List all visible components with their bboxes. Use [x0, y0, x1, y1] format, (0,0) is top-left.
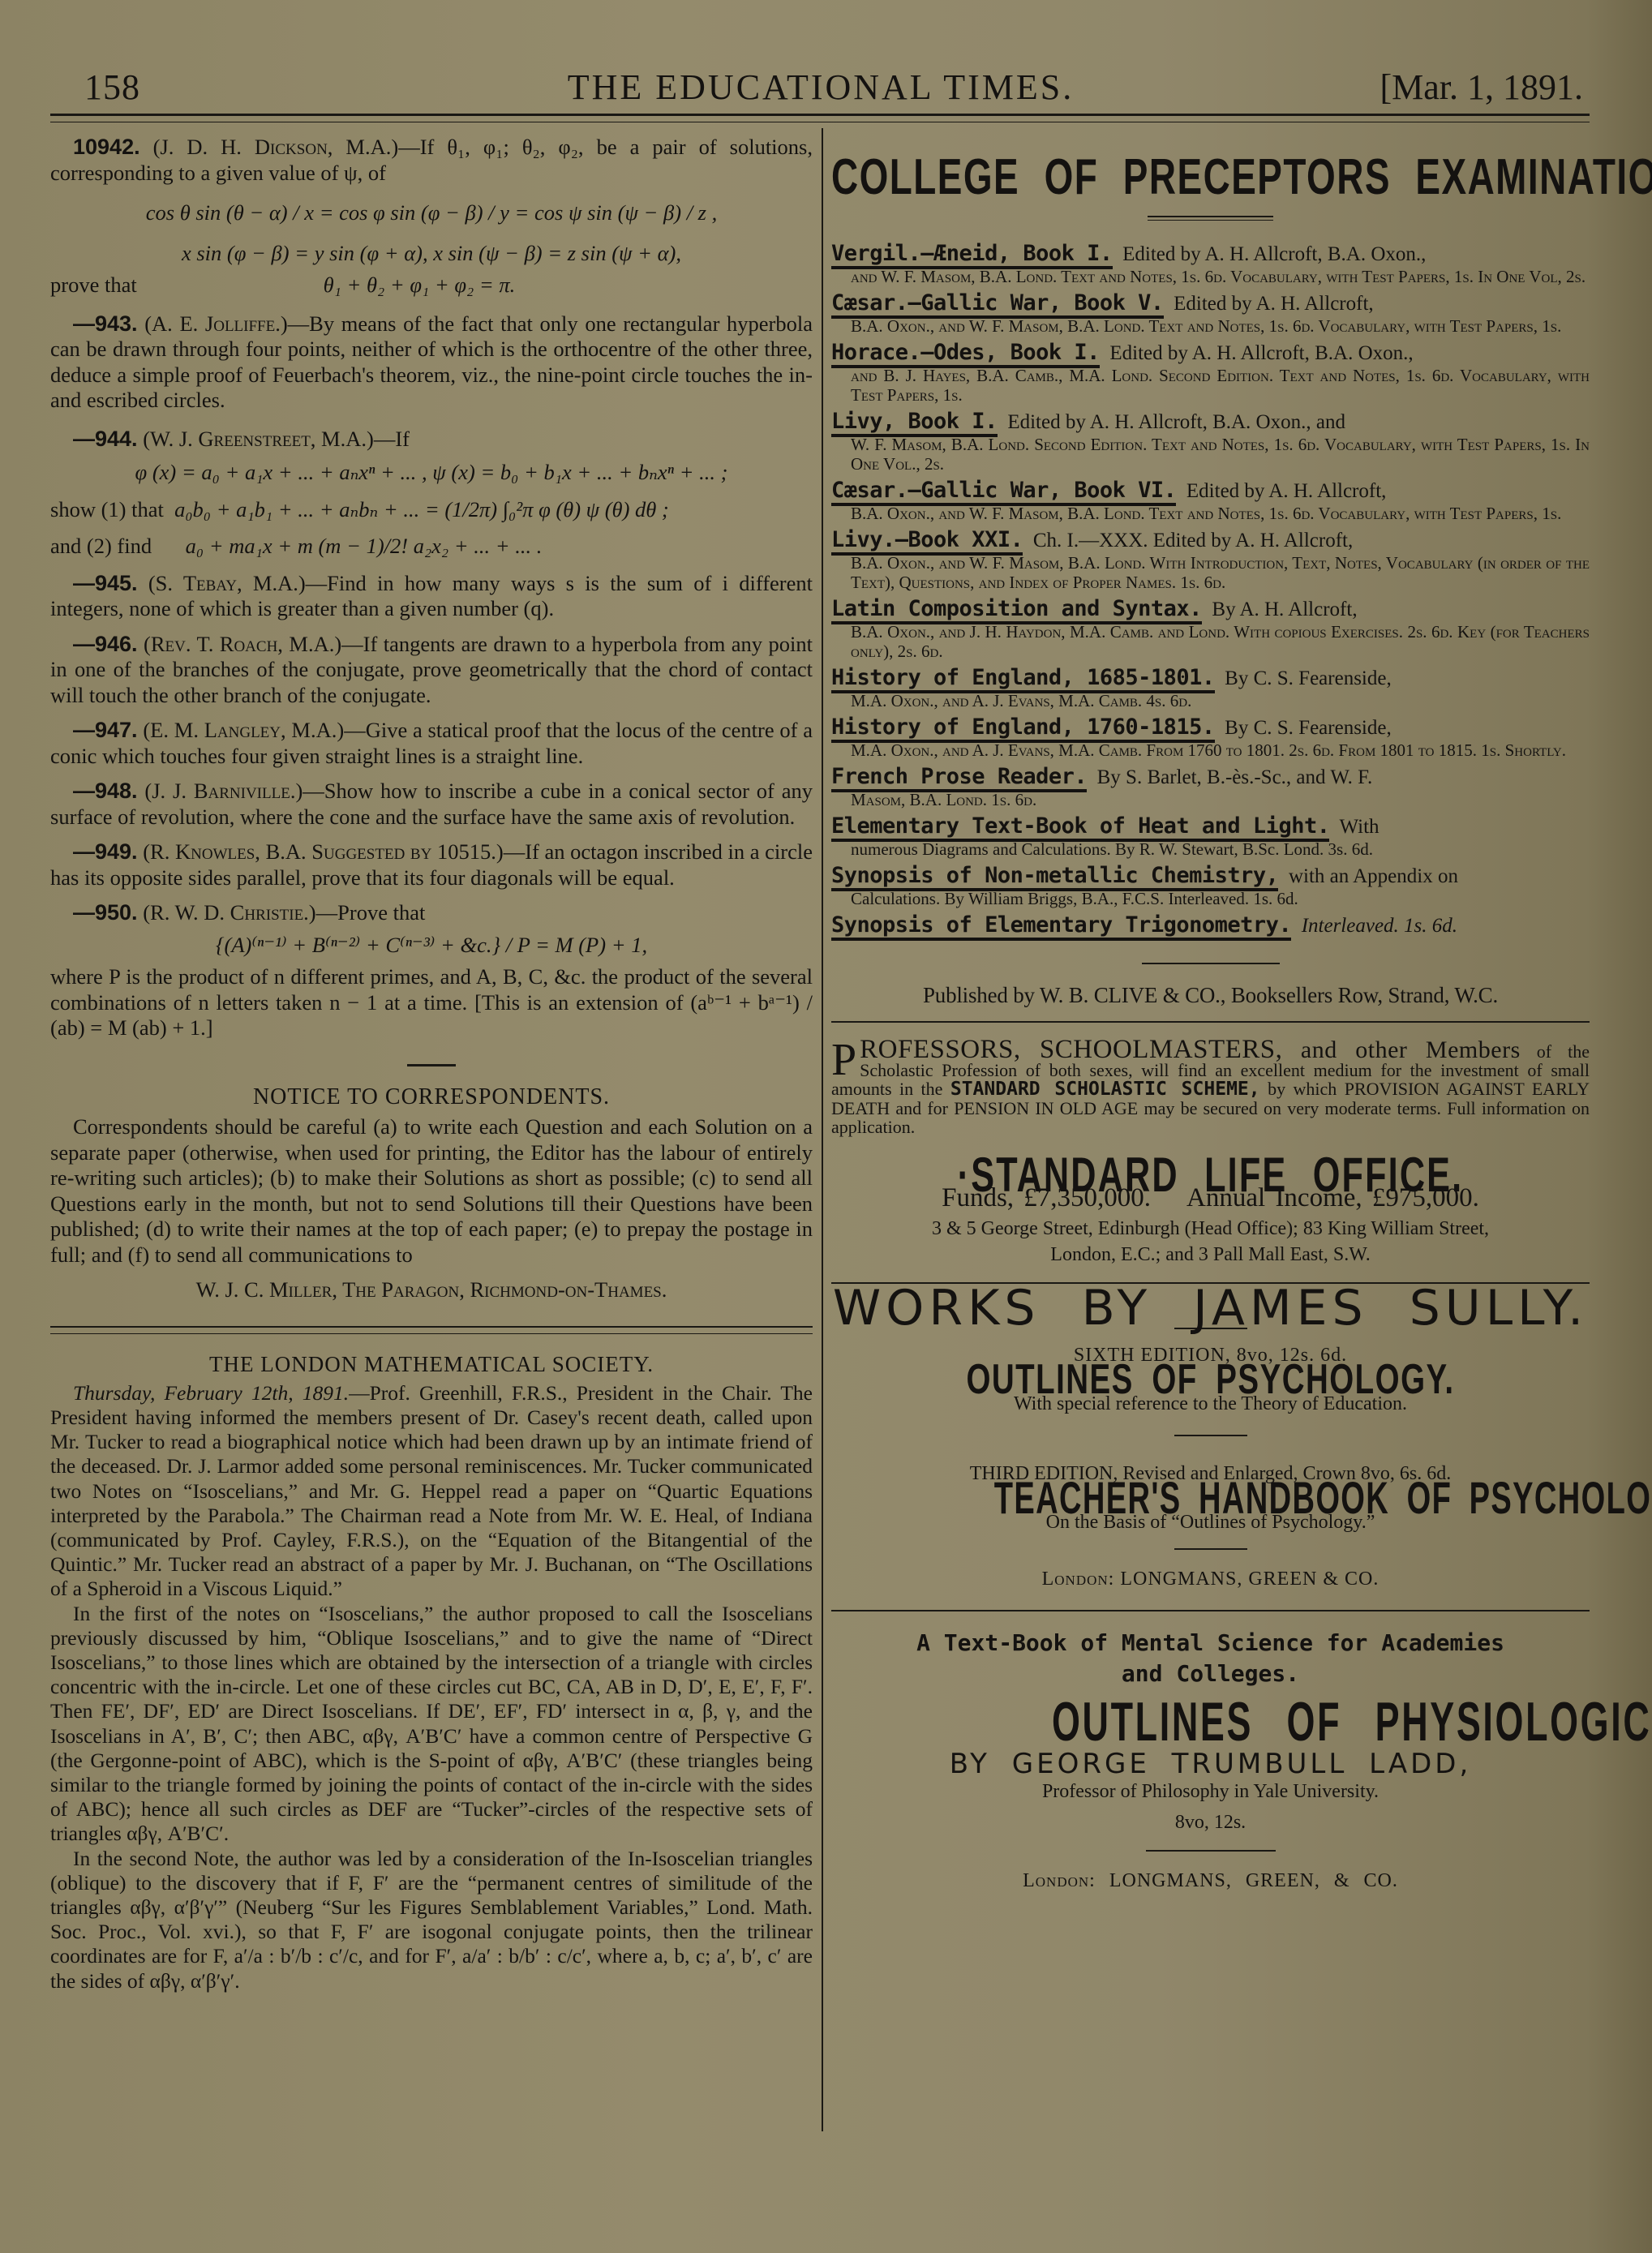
right-column: COLLEGE OF PRECEPTORS EXAMINATIONS. Verg… [831, 131, 1590, 1890]
book-editor: By C. S. Fearenside, [1225, 667, 1392, 689]
book-editor: By S. Barlet, B.-ès.-Sc., and W. F. [1097, 766, 1373, 788]
book-editor: Edited by A. H. Allcroft, B.A. Oxon., [1122, 243, 1426, 265]
book-editor: Edited by A. H. Allcroft, [1174, 293, 1374, 315]
question-number: —948. [73, 779, 138, 803]
question-author: (R. Knowles, B.A. Suggested by 10515.) [143, 839, 503, 864]
question-944: —944. (W. J. Greenstreet, M.A.)—If φ (x)… [50, 427, 813, 560]
scheme-name: STANDARD SCHOLASTIC SCHEME, [950, 1079, 1260, 1100]
section-title: NOTICE TO CORRESPONDENTS. [50, 1084, 813, 1110]
publisher-line: London: LONGMANS, GREEN, & CO. [831, 1871, 1590, 1890]
question-10942: 10942. (J. D. H. Dickson, M.A.)—If θ₁, φ… [50, 135, 813, 298]
book-title: Synopsis of Elementary Trigonometry. [831, 912, 1291, 941]
notice-address: W. J. C. Miller, The Paragon, Richmond-o… [50, 1277, 813, 1303]
question-author: (Rev. T. Roach, M.A.) [144, 632, 341, 656]
book-editor: Edited by A. H. Allcroft, B.A. Oxon., an… [1007, 411, 1345, 433]
book-title: Elementary Text-Book of Heat and Light. [831, 813, 1329, 842]
question-948: —948. (J. J. Barniville.)—Show how to in… [50, 779, 813, 830]
book-editor: By C. S. Fearenside, [1225, 717, 1392, 739]
book-details: Calculations. By William Briggs, B.A., F… [831, 889, 1590, 908]
question-author: (R. W. D. Christie.) [143, 900, 315, 925]
question-text: —If [374, 427, 410, 451]
question-947: —947. (E. M. Langley, M.A.)—Give a stati… [50, 718, 813, 769]
book-entry: Synopsis of Non-metallic Chemistry, with… [831, 864, 1590, 908]
question-number: —945. [73, 571, 138, 595]
book-title: Vergil.—Æneid, Book I. [831, 241, 1113, 269]
book-title: Cæsar.—Gallic War, Book V. [831, 290, 1164, 319]
book-details: M.A. Oxon., and A. J. Evans, M.A. Camb. … [831, 691, 1590, 710]
section-title: THE LONDON MATHEMATICAL SOCIETY. [50, 1352, 813, 1376]
section-divider-full [831, 1021, 1590, 1023]
book-entry: Cæsar.—Gallic War, Book V. Edited by A. … [831, 291, 1590, 336]
book-details: and W. F. Masom, B.A. Lond. Text and Not… [831, 267, 1590, 286]
advert-intro: and Colleges. [831, 1659, 1590, 1689]
equation: {(A)⁽ⁿ⁻¹⁾ + B⁽ⁿ⁻²⁾ + C⁽ⁿ⁻³⁾ + &c.} / P =… [50, 933, 813, 959]
question-number: —944. [73, 427, 138, 451]
book-details: M.A. Oxon., and A. J. Evans, M.A. Camb. … [831, 740, 1590, 760]
question-949: —949. (R. Knowles, B.A. Suggested by 105… [50, 839, 813, 890]
equation: φ (x) = a₀ + a₁x + ... + aₙxⁿ + ... , ψ … [50, 460, 813, 486]
question-continuation: where P is the product of n different pr… [50, 964, 813, 1041]
book-editor: With [1340, 816, 1380, 838]
book-details: Masom, B.A. Lond. 1s. 6d. [831, 790, 1590, 809]
equation: cos θ sin (θ − α) / x = cos φ sin (φ − β… [50, 200, 813, 226]
question-author: (W. J. Greenstreet, M.A.) [143, 427, 374, 451]
question-943: —943. (A. E. Jolliffe.)—By means of the … [50, 311, 813, 414]
book-title: History of England, 1760-1815. [831, 715, 1215, 743]
book-list: Vergil.—Æneid, Book I. Edited by A. H. A… [831, 242, 1590, 938]
book-entry: Horace.—Odes, Book I. Edited by A. H. Al… [831, 341, 1590, 405]
book-details: B.A. Oxon., and W. F. Masom, B.A. Lond. … [831, 316, 1590, 336]
header-rule [50, 114, 1590, 116]
masthead-title: THE EDUCATIONAL TIMES. [50, 67, 1591, 108]
question-number: —949. [73, 839, 138, 864]
question-number: —947. [73, 718, 138, 742]
left-column: 10942. (J. D. H. Dickson, M.A.)—If θ₁, φ… [50, 131, 813, 1993]
conclusion-line: prove that θ₁ + θ₂ + φ₁ + φ₂ = π. [50, 273, 813, 298]
notice-to-correspondents: NOTICE TO CORRESPONDENTS. Correspondents… [50, 1084, 813, 1303]
header-rule-thin [50, 122, 1590, 122]
office-address: 3 & 5 George Street, Edinburgh (Head Off… [831, 1216, 1590, 1242]
book-title: Livy, Book I. [831, 409, 998, 437]
part1-equation: a₀b₀ + a₁b₁ + ... + aₙbₙ + ... = (1/2π) … [174, 497, 669, 521]
question-946: —946. (Rev. T. Roach, M.A.)—If tangents … [50, 632, 813, 709]
book-entry: Cæsar.—Gallic War, Book VI. Edited by A.… [831, 478, 1590, 523]
book-editor: By A. H. Allcroft, [1212, 599, 1357, 620]
book-details: B.A. Oxon., and J. H. Haydon, M.A. Camb.… [831, 622, 1590, 661]
book-entry: Latin Composition and Syntax. By A. H. A… [831, 597, 1590, 661]
section-divider [1146, 1850, 1276, 1852]
book-editor: with an Appendix on [1289, 865, 1458, 887]
lms-text: —Prof. Greenhill, F.R.S., President in t… [50, 1381, 813, 1601]
advert-intro: A Text-Book of Mental Science for Academ… [831, 1628, 1590, 1659]
book-title: Livy.—Book XXI. [831, 527, 1023, 556]
question-950: —950. (R. W. D. Christie.)—Prove that {(… [50, 900, 813, 1041]
college-of-preceptors-title: COLLEGE OF PRECEPTORS EXAMINATIONS. [831, 149, 1587, 206]
conclusion-equation: θ₁ + θ₂ + φ₁ + φ₂ = π. [324, 273, 516, 297]
section-divider [407, 1064, 456, 1066]
standard-life-title: ·STANDARD LIFE OFFICE. [938, 1165, 1483, 1185]
question-author: (J. J. Barniville.) [144, 779, 303, 803]
question-author: (E. M. Langley, M.A.) [143, 718, 344, 742]
issue-date: [Mar. 1, 1891. [1380, 67, 1583, 108]
part2-label: and (2) find [50, 534, 180, 560]
question-author: (S. Tebay, M.A.) [148, 571, 306, 595]
professors-advert: PROFESSORS, SCHOOLMASTERS, and other Mem… [831, 1041, 1590, 1136]
section-divider [1142, 963, 1280, 964]
question-author: (J. D. H. Dickson, M.A.) [153, 135, 399, 159]
equation: x sin (φ − β) = y sin (φ + α), x sin (ψ … [50, 241, 813, 267]
ladd-advert: A Text-Book of Mental Science for Academ… [831, 1628, 1590, 1890]
title-rule [1148, 216, 1273, 221]
sully-title: WORKS BY JAMES SULLY. [831, 1298, 1590, 1318]
newspaper-page: 158 THE EDUCATIONAL TIMES. [Mar. 1, 1891… [0, 0, 1652, 2253]
book-title-large: OUTLINES OF PSYCHOLOGY. [930, 1370, 1491, 1389]
conclusion-label: prove that [50, 273, 318, 298]
book-entry: Synopsis of Elementary Trigonometry. Int… [831, 913, 1590, 938]
book-title: Latin Composition and Syntax. [831, 596, 1202, 624]
book-title-large: OUTLINES OF PHYSIOLOGICAL PSYCHOLOGY. [1052, 1689, 1652, 1754]
question-945: —945. (S. Tebay, M.A.)—Find in how many … [50, 571, 813, 622]
book-details: and B. J. Hayes, B.A. Camb., M.A. Lond. … [831, 366, 1590, 405]
part1-label: show (1) that [50, 497, 164, 521]
book-title: Horace.—Odes, Book I. [831, 340, 1100, 368]
question-text: —Prove that [316, 900, 426, 925]
publisher-line: London: LONGMANS, GREEN & CO. [831, 1569, 1590, 1589]
book-title: Synopsis of Non-metallic Chemistry, [831, 863, 1278, 891]
book-title-large: TEACHER'S HANDBOOK OF PSYCHOLOGY. [994, 1488, 1652, 1508]
part2-equation: a₀ + ma₁x + m (m − 1)/2! a₂x₂ + ... + ..… [186, 534, 543, 558]
part1-line: show (1) that a₀b₀ + a₁b₁ + ... + aₙbₙ +… [50, 497, 813, 523]
book-price: 8vo, 12s. [831, 1813, 1590, 1832]
meeting-date: Thursday, February 12th, 1891. [73, 1381, 349, 1405]
book-author: BY GEORGE TRUMBULL LADD, [831, 1754, 1590, 1774]
part2-line: and (2) find a₀ + ma₁x + m (m − 1)/2! a₂… [50, 534, 813, 560]
book-entry: Elementary Text-Book of Heat and Light. … [831, 814, 1590, 859]
book-details: W. F. Masom, B.A. Lond. Second Edition. … [831, 435, 1590, 474]
london-mathematical-society: THE LONDON MATHEMATICAL SOCIETY. Thursda… [50, 1352, 813, 1993]
book-price: Interleaved. 1s. 6d. [1302, 915, 1457, 937]
section-divider-double [50, 1326, 813, 1334]
section-divider-full [831, 1610, 1590, 1611]
book-entry: French Prose Reader. By S. Barlet, B.-ès… [831, 765, 1590, 809]
book-details: B.A. Oxon., and W. F. Masom, B.A. Lond. … [831, 504, 1590, 523]
drop-cap: P [831, 1041, 856, 1079]
section-divider [1174, 1548, 1247, 1550]
book-entry: History of England, 1685-1801. By C. S. … [831, 666, 1590, 710]
book-entry: History of England, 1760-1815. By C. S. … [831, 715, 1590, 760]
question-number: —950. [73, 900, 138, 925]
lms-paragraph: In the second Note, the author was led b… [50, 1847, 813, 1993]
lms-paragraph: Thursday, February 12th, 1891.—Prof. Gre… [50, 1381, 813, 1602]
book-title: Cæsar.—Gallic War, Book VI. [831, 478, 1176, 506]
page-header: 158 THE EDUCATIONAL TIMES. [Mar. 1, 1891… [50, 67, 1591, 115]
book-editor: Edited by A. H. Allcroft, [1186, 480, 1387, 502]
book-title: History of England, 1685-1801. [831, 665, 1215, 693]
book-editor: Edited by A. H. Allcroft, B.A. Oxon., [1109, 342, 1413, 364]
book-entry: Livy, Book I. Edited by A. H. Allcroft, … [831, 410, 1590, 474]
question-author: (A. E. Jolliffe.) [144, 311, 287, 336]
book-details: B.A. Oxon., and W. F. Masom, B.A. Lond. … [831, 553, 1590, 592]
notice-body: Correspondents should be careful (a) to … [50, 1114, 813, 1268]
office-address: London, E.C.; and 3 Pall Mall East, S.W. [831, 1242, 1590, 1268]
author-affiliation: Professor of Philosophy in Yale Universi… [831, 1782, 1590, 1801]
publisher-line: Published by W. B. CLIVE & CO., Booksell… [831, 985, 1590, 1005]
lms-paragraph: In the first of the notes on “Isoscelian… [50, 1602, 813, 1847]
book-editor: Ch. I.—XXX. Edited by A. H. Allcroft, [1033, 530, 1353, 551]
column-divider [822, 128, 823, 2131]
question-number: 10942. [73, 135, 140, 159]
section-divider [1174, 1435, 1247, 1436]
book-entry: Vergil.—Æneid, Book I. Edited by A. H. A… [831, 242, 1590, 286]
question-number: —946. [73, 632, 138, 656]
question-number: —943. [73, 311, 138, 336]
book-title: French Prose Reader. [831, 764, 1087, 792]
book-details: numerous Diagrams and Calculations. By R… [831, 839, 1590, 859]
standard-life-advert: ·STANDARD LIFE OFFICE. Funds, £7,350,000… [831, 1165, 1590, 1268]
sully-advert: WORKS BY JAMES SULLY. SIXTH EDITION, 8vo… [831, 1298, 1590, 1589]
book-entry: Livy.—Book XXI. Ch. I.—XXX. Edited by A.… [831, 528, 1590, 592]
